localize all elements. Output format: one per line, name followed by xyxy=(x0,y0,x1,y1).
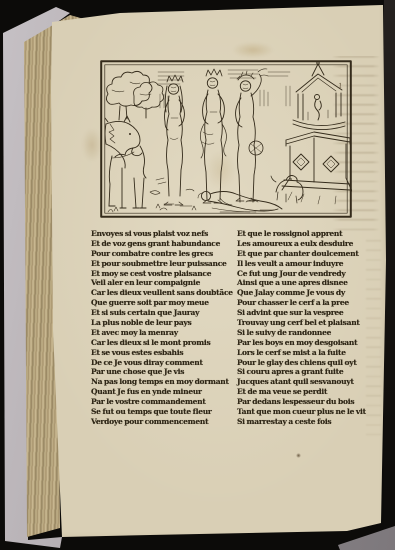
poem-column-right: Et que le rossignol apprentLes amoureux … xyxy=(237,229,367,427)
paper-stain xyxy=(82,128,102,162)
book-page: 1 Envoyes si vous plaist voz nefsEt de v… xyxy=(0,0,395,550)
poem-line: Ce fut ung Jour de vendredy xyxy=(237,269,367,279)
poem-line: Pour chasser le cerf a la pree xyxy=(237,298,367,308)
poem-line: Par le vostre commandement xyxy=(91,397,237,407)
woodcut-hatching xyxy=(158,70,290,108)
poem-line: Trouvay ung cerf bel et plaisant xyxy=(237,318,367,328)
woodcut-figure-crowned-center xyxy=(200,69,226,203)
poem-line: Et moy se cest vostre plaisance xyxy=(91,269,237,279)
poem-line: Se fut ou temps que toute fleur xyxy=(91,407,237,417)
poem-line: Quant Je fus en ynde mineur xyxy=(91,387,237,397)
woodcut-illustration xyxy=(100,60,352,218)
poem-line: Par les boys en moy desgoisant xyxy=(237,338,367,348)
folio-mark: 1 xyxy=(338,82,343,90)
poem-line: Si le suivy de randonnee xyxy=(237,328,367,338)
woodcut-dog xyxy=(271,176,303,204)
woodcut-figure-crowned-left xyxy=(164,75,184,205)
poem-line: Ainsi que a une apres disnee xyxy=(237,278,367,288)
poem-line: Par une chose que Je vis xyxy=(91,367,237,377)
woodcut-horse xyxy=(105,116,146,208)
paper-stain xyxy=(232,42,274,58)
poem-line: Si marrestay a ceste fois xyxy=(237,417,367,427)
poem-line: Que guerre soit par moy meue xyxy=(91,298,237,308)
poem-line: Car les dieux veullent sans doubtãce xyxy=(91,288,237,298)
poem-line: Jucques atant quil sesvanouyt xyxy=(237,377,367,387)
woodcut-ground xyxy=(108,178,274,212)
poem-line: Pour le glay des chiens quil oyt xyxy=(237,358,367,368)
woodcut-trees xyxy=(106,71,163,120)
poem-line: Et se vous estes esbahis xyxy=(91,348,237,358)
poem-line: Veil aler en leur compaignie xyxy=(91,278,237,288)
poem-line: Si advint que sur la vespree xyxy=(237,308,367,318)
woodcut-figure-wreathed-right xyxy=(236,69,268,202)
poem-line: Et pour soubmettre leur puissance xyxy=(91,259,237,269)
poem-line: Et que par chanter doulcement xyxy=(237,249,367,259)
poem-line: Par dedans lespesseur du bois xyxy=(237,397,367,407)
poem-line: La plus noble de leur pays xyxy=(91,318,237,328)
poem-line: Tant que mon cueur plus ne le vit xyxy=(237,407,367,417)
book-photo: 1 Envoyes si vous plaist voz nefsEt de v… xyxy=(0,0,395,550)
poem-line: Car les dieux si le mont promis xyxy=(91,338,237,348)
poem-line: Lors le cerf se mist a la fuite xyxy=(237,348,367,358)
poem-line: Il les veult a amour induyre xyxy=(237,259,367,269)
poem-line: Et si suis certain que Jauray xyxy=(91,308,237,318)
poem-line: Si couru apres a grant fuite xyxy=(237,367,367,377)
poem-line: Et de voz gens grant habundance xyxy=(91,239,237,249)
poem-line: Et que le rossignol apprent xyxy=(237,229,367,239)
poem-column-left: Envoyes si vous plaist voz nefsEt de voz… xyxy=(91,229,237,427)
poem-line: Pour combatre contre les grecs xyxy=(91,249,237,259)
poem-line: Et avec moy la menray xyxy=(91,328,237,338)
poem-line: De ce Je vous diray comment xyxy=(91,358,237,368)
poem-line: Envoyes si vous plaist voz nefs xyxy=(91,229,237,239)
poem-line: Que Jalay comme Je vous dy xyxy=(237,288,367,298)
poem-line: Na pas long temps en moy dormant xyxy=(91,377,237,387)
poem-line: Les amoureux a eulx desduire xyxy=(237,239,367,249)
showthrough-text xyxy=(366,240,381,435)
poem-line: Verdoye pour commencement xyxy=(91,417,237,427)
poem-line: Et de ma veue se perdit xyxy=(237,387,367,397)
ink-speck xyxy=(296,453,301,458)
